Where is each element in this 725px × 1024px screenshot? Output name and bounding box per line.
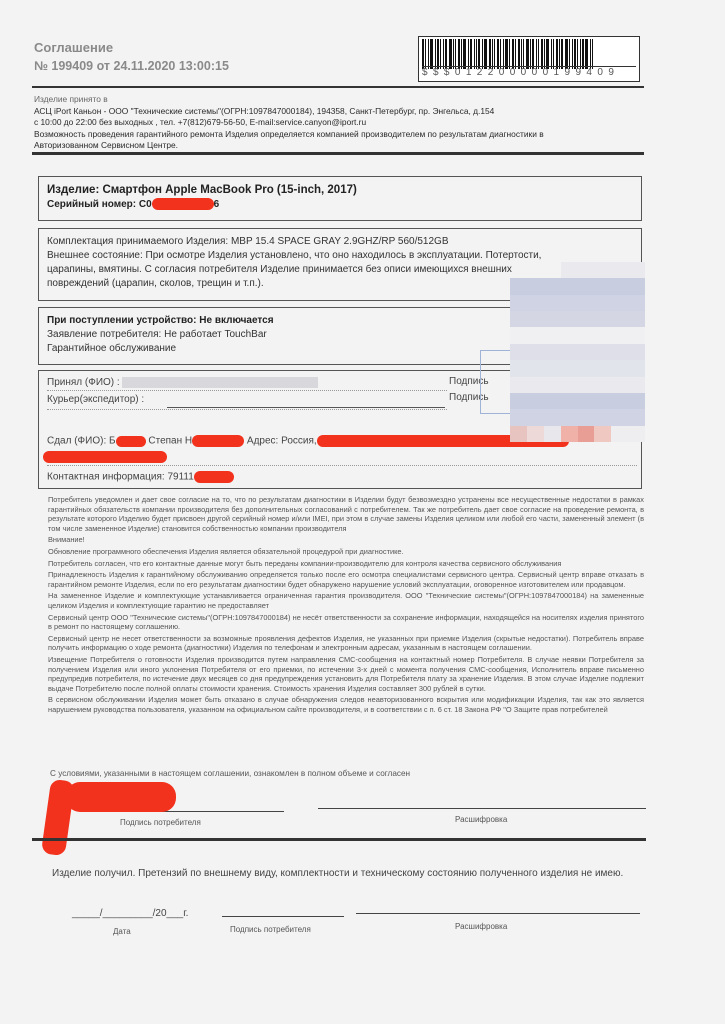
handed-by-name: Степан Н bbox=[148, 436, 192, 447]
warranty-note: Возможность проведения гарантийного ремо… bbox=[34, 129, 644, 141]
contact-label: Контактная информация: 79111 bbox=[47, 472, 194, 483]
term-paragraph: В сервисном обслуживании Изделия может б… bbox=[48, 695, 644, 714]
courier-row: Курьер(экспедитор) : bbox=[47, 394, 144, 405]
serial-label: Серийный номер: C0 bbox=[47, 199, 152, 210]
address-label: Адрес: Россия, bbox=[247, 436, 317, 447]
agreement-number: № 199409 от 24.11.2020 13:00:15 bbox=[34, 59, 229, 73]
term-paragraph: Потребитель согласен, что его контактные… bbox=[48, 559, 644, 569]
barcode-text: $$$012200000199409 bbox=[422, 66, 636, 79]
accepted-by-label: Принял (ФИО) : bbox=[47, 377, 120, 388]
item-box: Изделие: Смартфон Apple MacBook Pro (15-… bbox=[38, 176, 642, 221]
dotted-line bbox=[47, 465, 637, 466]
dotted-line bbox=[47, 409, 447, 410]
service-center-contacts: с 10:00 до 22:00 без выходных , тел. +7(… bbox=[34, 117, 644, 129]
accepted-at-label: Изделие принято в bbox=[34, 94, 644, 106]
pixelated-stamp bbox=[510, 262, 645, 442]
term-paragraph: Сервисный центр ООО "Технические системы… bbox=[48, 613, 644, 632]
decode-line bbox=[318, 808, 646, 809]
date-field[interactable]: _____/_________/20___г. bbox=[72, 908, 188, 919]
term-paragraph: Потребитель уведомлен и дает свое соглас… bbox=[48, 495, 644, 533]
term-paragraph: Обновление программного обеспечения Изде… bbox=[48, 547, 644, 557]
redaction bbox=[194, 471, 234, 483]
term-paragraph: Извещение Потребителя о готовности Издел… bbox=[48, 655, 644, 693]
agreement-text: С условиями, указанными в настоящем согл… bbox=[50, 769, 410, 778]
term-paragraph: Принадлежность Изделия к гарантийному об… bbox=[48, 570, 644, 589]
receipt-signature-line bbox=[222, 916, 344, 917]
terms-section: Потребитель уведомлен и дает свое соглас… bbox=[48, 495, 644, 716]
redaction bbox=[152, 198, 214, 210]
handed-by-row: Сдал (ФИО): Б Степан Н Адрес: Россия, bbox=[47, 435, 569, 447]
accepted-by-row: Принял (ФИО) : bbox=[47, 377, 318, 388]
date-label: Дата bbox=[113, 927, 131, 936]
receipt-text: Изделие получил. Претензий по внешнему в… bbox=[52, 866, 644, 881]
divider bbox=[32, 86, 644, 88]
term-paragraph: На замененное Изделие и комплектующие ус… bbox=[48, 591, 644, 610]
receipt-signature-label: Подпись потребителя bbox=[230, 925, 311, 934]
serial-number: Серийный номер: C06 bbox=[47, 198, 633, 212]
consumer-signature-label: Подпись потребителя bbox=[120, 818, 201, 827]
item-title: Изделие: Смартфон Apple MacBook Pro (15-… bbox=[47, 183, 633, 198]
term-paragraph: Сервисный центр не несет ответственности… bbox=[48, 634, 644, 653]
receipt-decode-label: Расшифровка bbox=[455, 922, 507, 931]
decode-label: Расшифровка bbox=[455, 815, 507, 824]
warranty-note-cont: Авторизованном Сервисном Центре. bbox=[34, 140, 644, 152]
stamp-frame bbox=[480, 350, 512, 414]
term-attention: Внимание! bbox=[48, 535, 644, 545]
barcode: $$$012200000199409 bbox=[418, 36, 640, 82]
divider bbox=[32, 152, 644, 155]
serial-suffix: 6 bbox=[214, 199, 220, 210]
receipt-decode-line bbox=[356, 913, 640, 914]
blurred-name bbox=[122, 377, 318, 388]
courier-line bbox=[167, 407, 445, 408]
contact-row: Контактная информация: 79111 bbox=[47, 471, 234, 483]
barcode-bars bbox=[422, 39, 636, 69]
configuration: Комплектация принимаемого Изделия: MBP 1… bbox=[47, 235, 633, 249]
courier-label: Курьер(экспедитор) : bbox=[47, 394, 144, 405]
redaction bbox=[116, 436, 146, 447]
dotted-line bbox=[47, 390, 447, 391]
redacted-signature bbox=[66, 782, 176, 812]
redaction bbox=[43, 451, 167, 463]
service-center-name: АСЦ iPort Каньон - ООО "Технические сист… bbox=[34, 106, 644, 118]
divider bbox=[32, 838, 646, 841]
redaction bbox=[192, 435, 244, 447]
service-center-info: Изделие принято в АСЦ iPort Каньон - ООО… bbox=[34, 94, 644, 152]
document-title: Соглашение bbox=[34, 40, 113, 55]
handed-by-label: Сдал (ФИО): Б bbox=[47, 436, 116, 447]
external-condition: Внешнее состояние: При осмотре Изделия у… bbox=[47, 249, 633, 263]
